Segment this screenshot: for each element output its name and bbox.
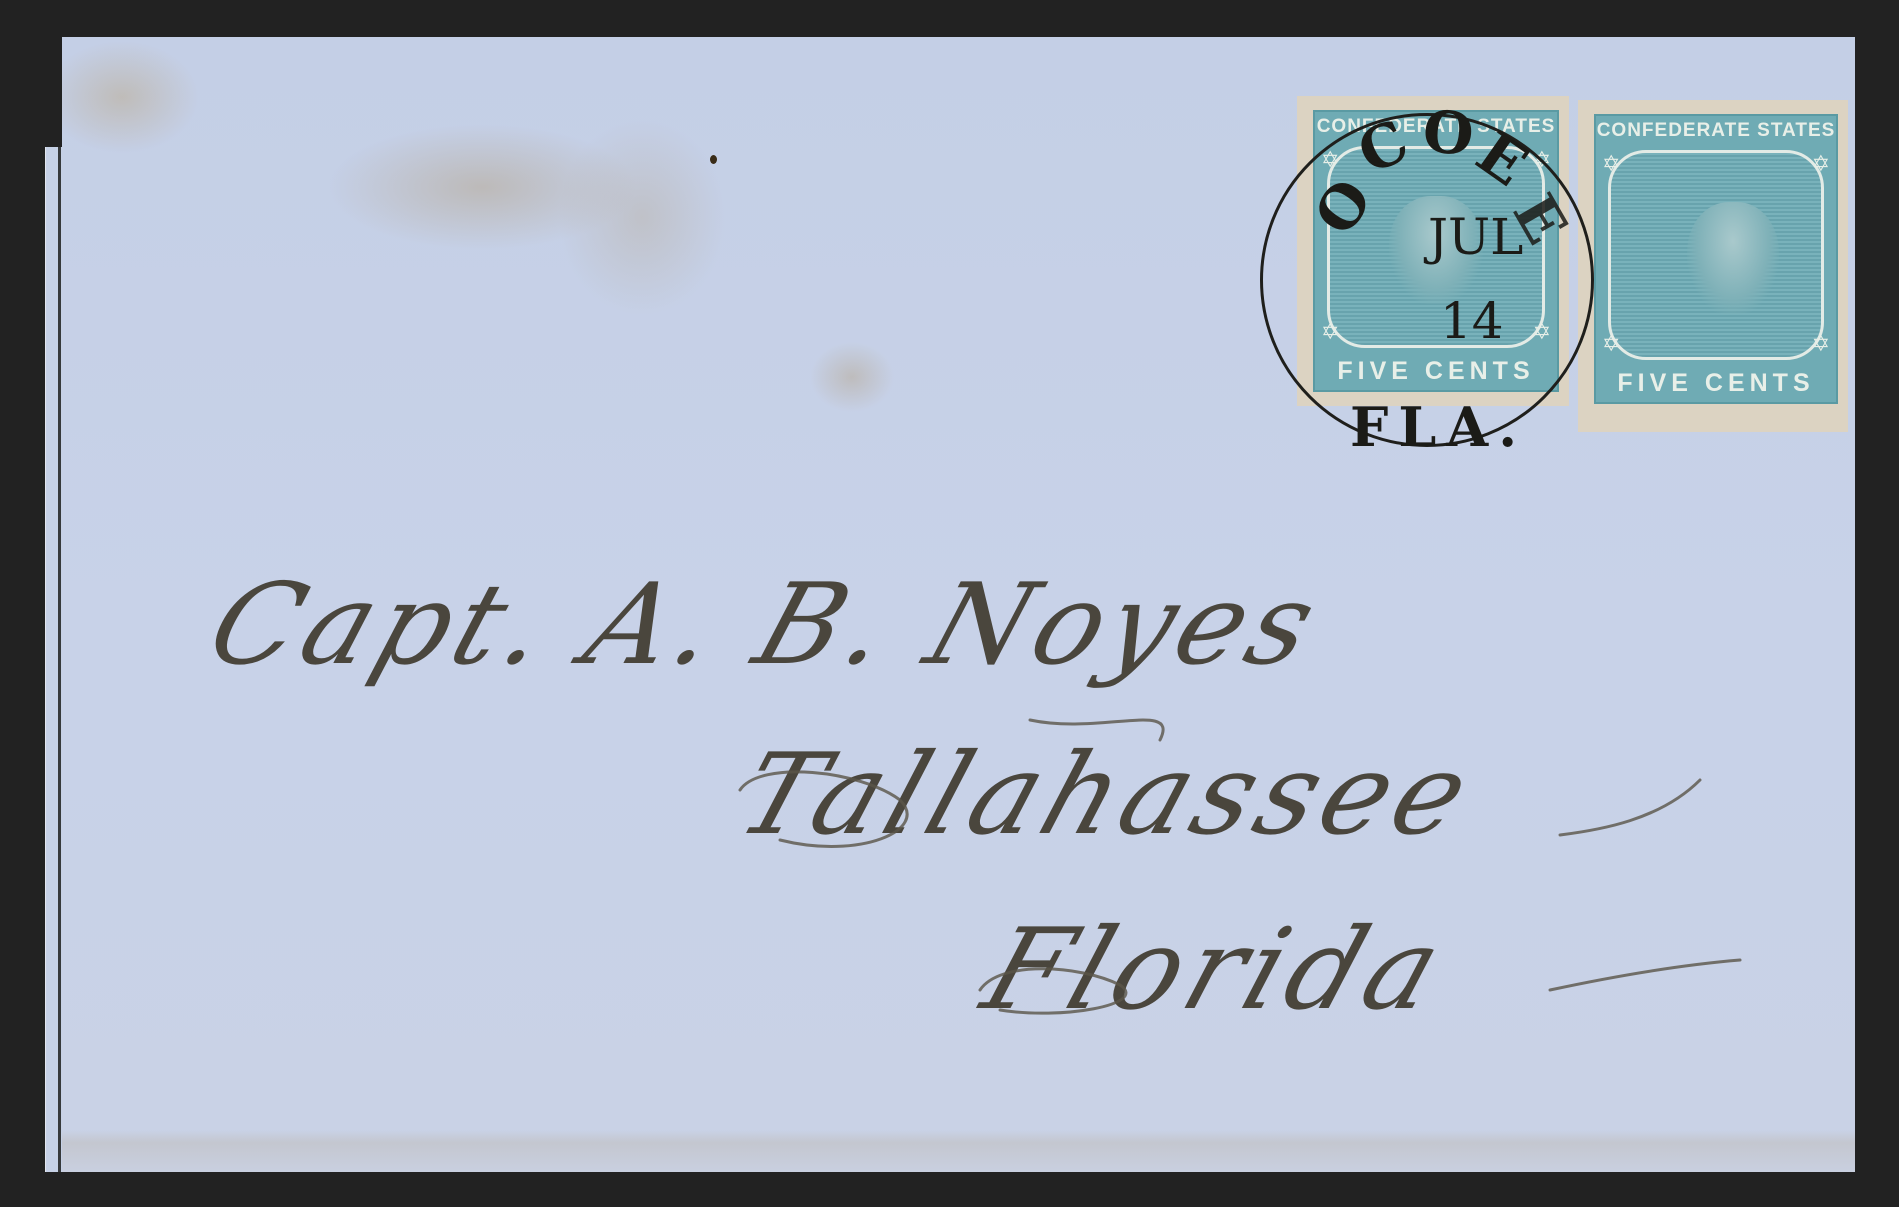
- portrait-icon: [1687, 202, 1779, 314]
- ink-speck: [710, 155, 717, 164]
- stamp-portrait-oval: [1608, 150, 1824, 360]
- stamp-frame: CONFEDERATE STATES ✡ ✡ ✡ ✡ FIVE CENTS: [1594, 114, 1838, 404]
- star-icon: ✡: [1602, 334, 1620, 356]
- address-line-name: Capt. A. B. Noyes: [194, 560, 1337, 690]
- postmark-day: 14: [1440, 296, 1504, 346]
- address-line-city: Tallahassee: [724, 730, 1490, 860]
- stamp-bottom-text: FIVE CENTS: [1596, 369, 1836, 398]
- star-icon: ✡: [1602, 154, 1620, 176]
- stamp-top-text: CONFEDERATE STATES: [1596, 120, 1836, 142]
- postmark-town-letter: O: [1421, 102, 1476, 164]
- stamp-right: CONFEDERATE STATES ✡ ✡ ✡ ✡ FIVE CENTS: [1578, 100, 1848, 432]
- postmark-month: JUL: [1428, 212, 1523, 262]
- postmark-state: FLA.: [1350, 400, 1527, 454]
- star-icon: ✡: [1812, 334, 1830, 356]
- fold-edge: [58, 147, 61, 1172]
- address-line-state: Florida: [969, 905, 1462, 1035]
- star-icon: ✡: [1812, 154, 1830, 176]
